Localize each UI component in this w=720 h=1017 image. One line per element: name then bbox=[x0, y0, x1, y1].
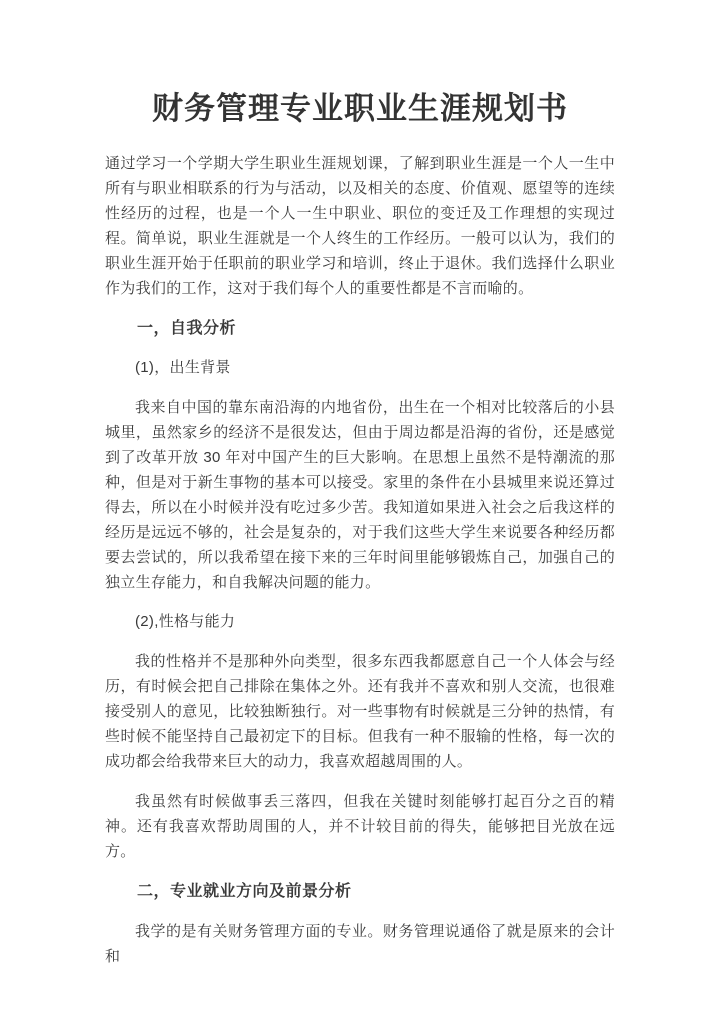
intro-paragraph: 通过学习一个学期大学生职业生涯规划课，了解到职业生涯是一个人一生中所有与职业相联… bbox=[105, 151, 615, 301]
section-1-subheading-2: (2),性格与能力 bbox=[105, 609, 615, 634]
section-2-paragraph: 我学的是有关财务管理方面的专业。财务管理说通俗了就是原来的会计和 bbox=[105, 919, 615, 969]
section-1-subsection-1-paragraph: 我来自中国的靠东南沿海的内地省份，出生在一个相对比较落后的小县城里，虽然家乡的经… bbox=[105, 395, 615, 595]
section-2-heading: 二，专业就业方向及前景分析 bbox=[105, 879, 615, 904]
document-page: 财务管理专业职业生涯规划书 通过学习一个学期大学生职业生涯规划课，了解到职业生涯… bbox=[0, 0, 720, 1017]
section-1-subsection-2-paragraph-2: 我虽然有时候做事丢三落四，但我在关键时刻能够打起百分之百的精神。还有我喜欢帮助周… bbox=[105, 789, 615, 864]
section-1-subsection-2-paragraph-1: 我的性格并不是那种外向类型，很多东西我都愿意自己一个人体会与经历，有时候会把自己… bbox=[105, 649, 615, 774]
section-1-subheading-1: (1)，出生背景 bbox=[105, 355, 615, 380]
document-title: 财务管理专业职业生涯规划书 bbox=[105, 86, 615, 132]
section-1-heading: 一，自我分析 bbox=[105, 316, 615, 341]
